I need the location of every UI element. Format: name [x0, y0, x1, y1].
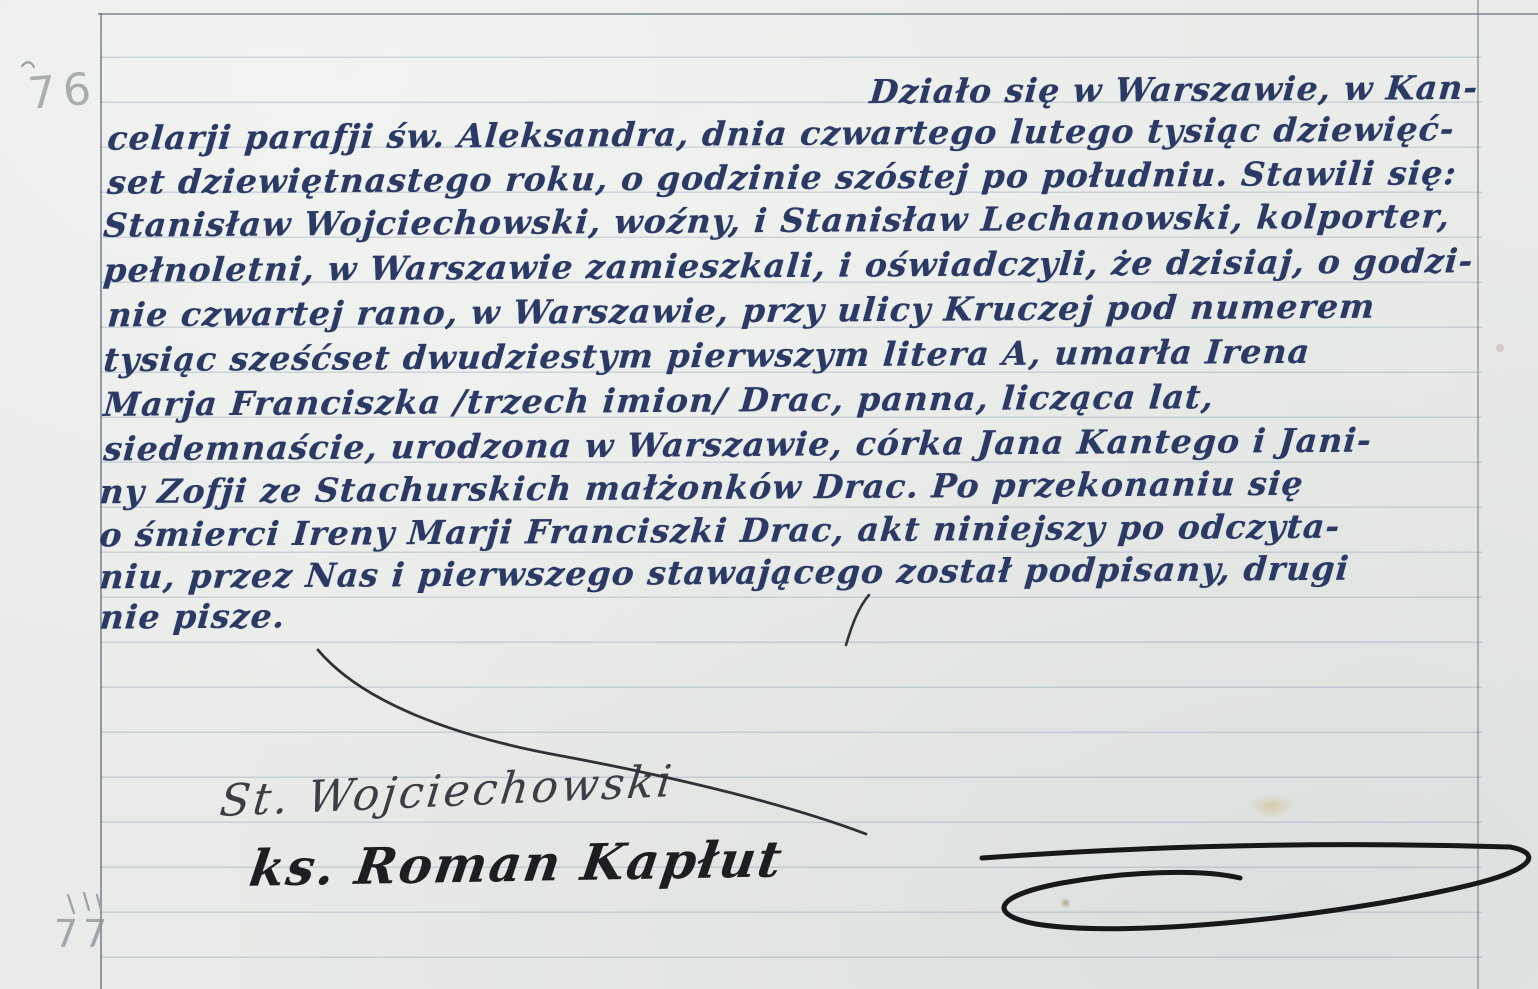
record-line: pełnoletni, w Warszawie zamieszkali, i o… — [102, 241, 1475, 290]
record-line: Działo się w Warszawie, w Kan- — [868, 68, 1480, 111]
signature-witness: St. Wojciechowski — [217, 756, 677, 827]
record-line: ny Zofji ze Stachurskich małżonków Drac.… — [98, 464, 1305, 511]
record-line: Stanisław Wojciechowski, woźny, i Stanis… — [102, 196, 1452, 244]
record-line: Marja Franciszka /trzech imion/ Drac, pa… — [102, 377, 1216, 424]
paper-speck — [1496, 344, 1504, 352]
right-margin-line — [1477, 0, 1479, 989]
top-border-rule — [98, 13, 1538, 15]
record-line: nie pisze. — [98, 596, 287, 636]
record-line: set dziewiętnastego roku, o godzinie szó… — [106, 153, 1458, 201]
record-line: siedemnaście, urodzona w Warszawie, córk… — [102, 421, 1373, 469]
folio-number-bottom: 77 — [54, 912, 112, 956]
folio-number-top: 76 — [26, 63, 100, 120]
record-line: o śmierci Ireny Marji Franciszki Drac, a… — [98, 507, 1342, 555]
paper-stain-small — [1060, 898, 1071, 908]
record-line: tysiąc sześćset dwudziestym pierwszym li… — [102, 332, 1312, 379]
record-line: niu, przez Nas i pierwszego stawającego … — [98, 549, 1351, 597]
record-line: celarji parafji św. Aleksandra, dnia czw… — [106, 109, 1456, 157]
record-line: nie czwartej rano, w Warszawie, przy uli… — [106, 287, 1377, 335]
register-page-scan: 76 77 Działo się w Warszawie, w Kan- cel… — [0, 0, 1538, 989]
signature-priest: ks. Roman Kapłut — [246, 829, 787, 897]
paper-stain — [1250, 794, 1294, 818]
